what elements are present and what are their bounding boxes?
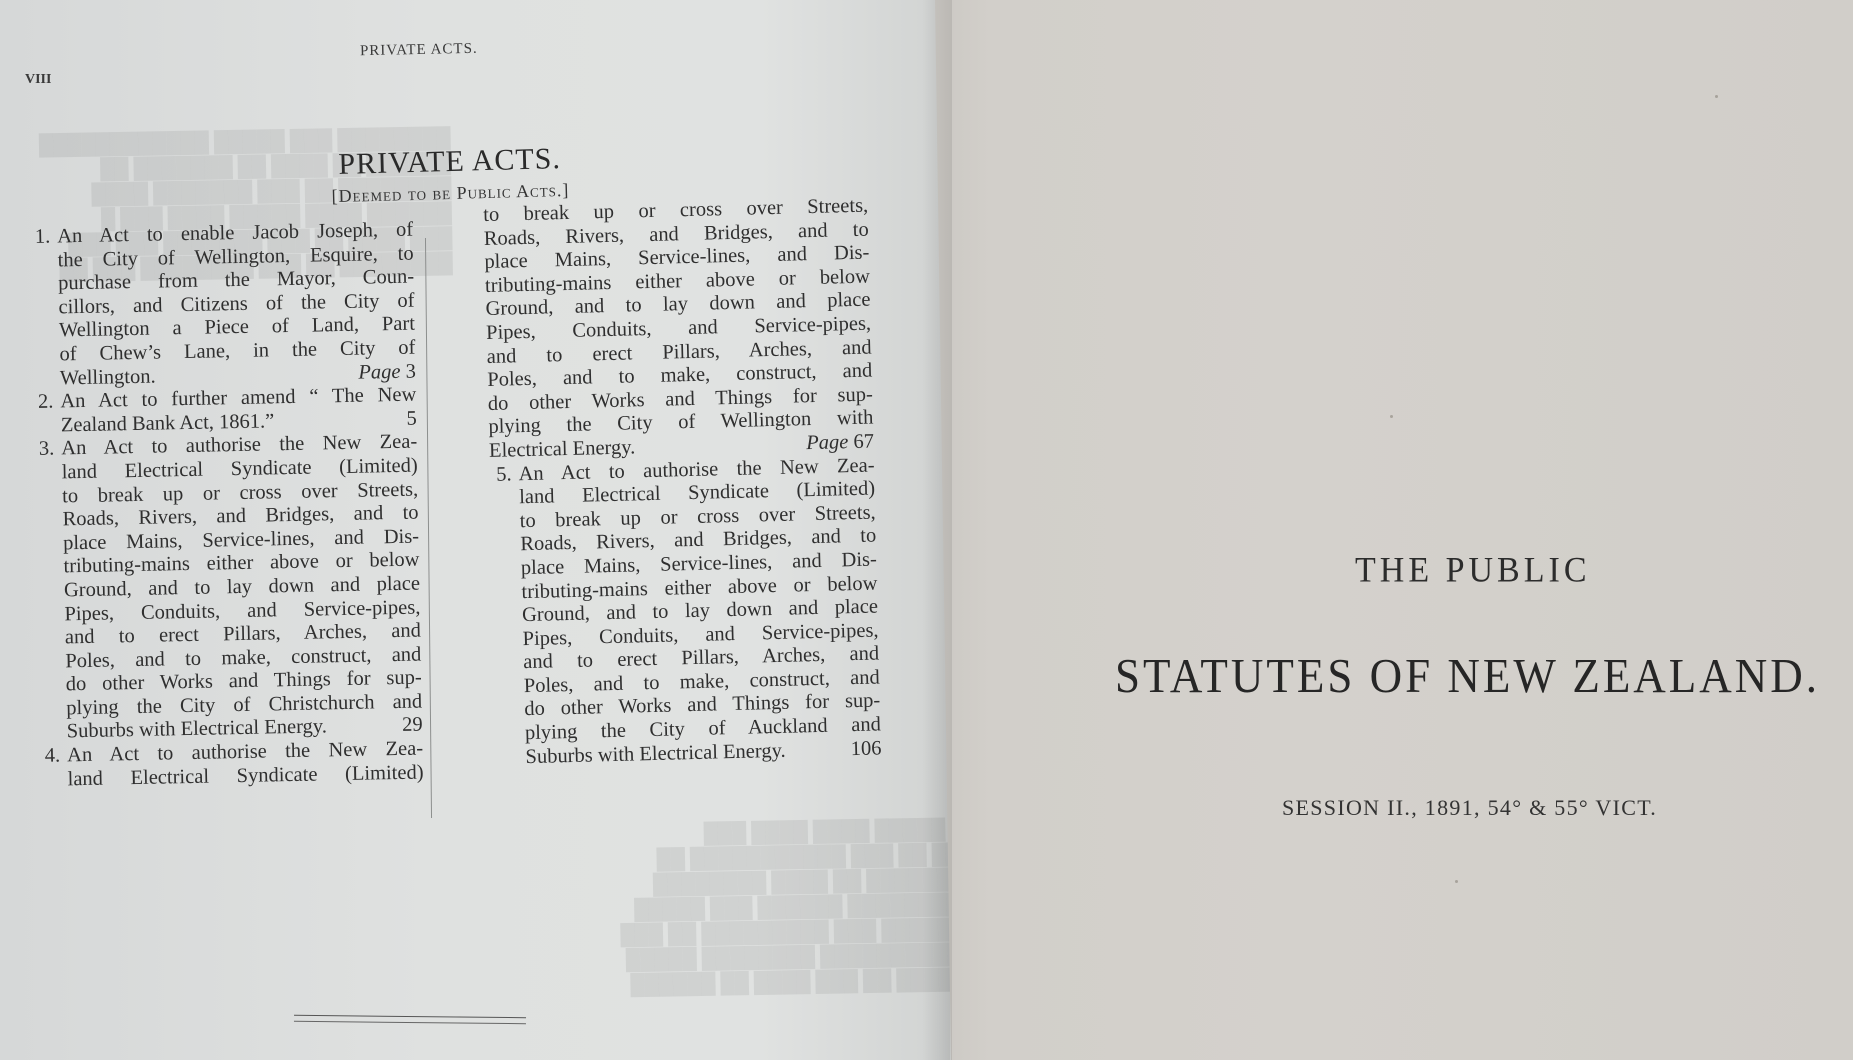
end-rule bbox=[294, 1015, 526, 1024]
section-heading: PRIVATE ACTS. [Deemed to be Public Acts.… bbox=[299, 141, 600, 208]
page-number: 106 bbox=[850, 737, 881, 760]
section-title: PRIVATE ACTS. bbox=[299, 141, 600, 183]
act-entry: 5.An Act to authorise the New Zea-land E… bbox=[489, 454, 881, 770]
act-text-line: Suburbs with Electrical Energy. bbox=[525, 739, 786, 769]
page-number: 3 bbox=[405, 360, 416, 382]
paper-speck bbox=[1390, 415, 1393, 418]
page-label: Page bbox=[806, 431, 854, 454]
act-entry: 2.An Act to further amend “ The NewZeala… bbox=[31, 384, 417, 439]
bracket-close: ] bbox=[562, 180, 570, 200]
act-number: 3. bbox=[32, 438, 54, 462]
paper-speck bbox=[1715, 95, 1718, 98]
page-reference: 29 bbox=[402, 714, 423, 738]
act-number: 1. bbox=[28, 226, 50, 250]
title-line-1: THE PUBLIC bbox=[1355, 551, 1591, 591]
page-reference: Page 3 bbox=[358, 360, 416, 385]
running-head: PRIVATE ACTS. bbox=[360, 41, 478, 60]
act-entry: 3.An Act to authorise the New Zea-land E… bbox=[32, 431, 423, 745]
page-number: 67 bbox=[853, 430, 874, 452]
page-number: 29 bbox=[402, 714, 423, 736]
left-page: ████████ ███ █████ ████████████ ██████ █… bbox=[0, 0, 950, 1060]
page-reference: Page 67 bbox=[806, 430, 874, 455]
act-text-line: Electrical Energy. bbox=[489, 436, 636, 463]
column-divider bbox=[425, 238, 432, 818]
act-number: 5. bbox=[489, 463, 512, 487]
act-entry: 1.An Act to enable Jacob Joseph, ofthe C… bbox=[28, 219, 416, 392]
page-label: Page bbox=[358, 360, 406, 383]
left-column: 1.An Act to enable Jacob Joseph, ofthe C… bbox=[28, 219, 424, 793]
act-number: 2. bbox=[31, 391, 53, 415]
right-column: to break up or cross over Streets,Roads,… bbox=[483, 195, 882, 770]
act-text-line: Wellington. bbox=[60, 365, 156, 390]
right-page bbox=[935, 0, 1853, 1060]
page-reference: 106 bbox=[850, 737, 881, 761]
title-line-2: STATUTES OF NEW ZEALAND. bbox=[1115, 648, 1820, 704]
page-reference: 5 bbox=[406, 407, 417, 431]
act-entry: 4.An Act to authorise the New Zea-land E… bbox=[38, 738, 424, 793]
session-line: SESSION II., 1891, 54° & 55° VICT. bbox=[1282, 795, 1657, 821]
page-number: 5 bbox=[406, 407, 417, 429]
act-entry: to break up or cross over Streets,Roads,… bbox=[483, 195, 874, 464]
act-number: 4. bbox=[38, 745, 60, 769]
bleed-through-text-texture: ████ █████ ████ ████ ███ ██ ███ ██ ███ █… bbox=[619, 817, 950, 999]
page-number-folio: VIII bbox=[25, 72, 51, 88]
paper-speck bbox=[1455, 880, 1458, 883]
